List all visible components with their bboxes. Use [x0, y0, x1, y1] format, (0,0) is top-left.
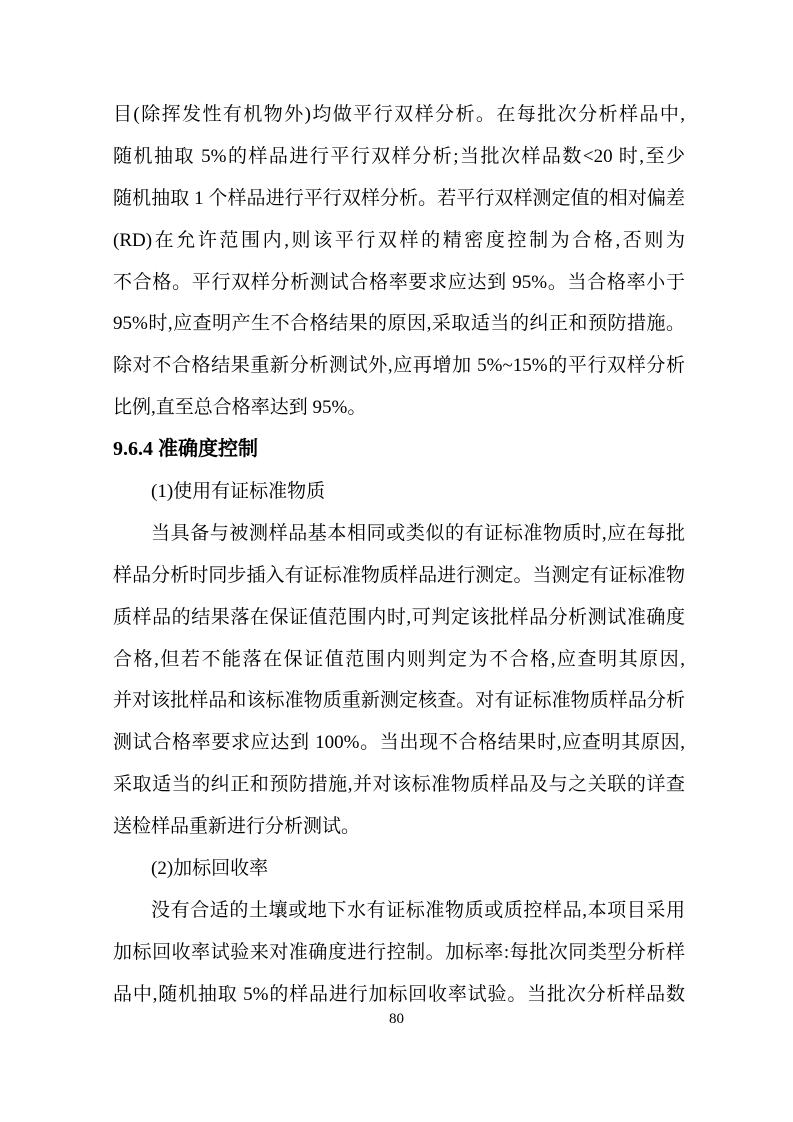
text-line: 测试合格率要求应达到 100%。当出现不合格结果时,应查明其原因,	[113, 722, 685, 764]
page-number: 80	[0, 1008, 793, 1030]
numbered-list-item: (2)加标回收率	[113, 848, 685, 890]
paragraph: 当具备与被测样品基本相同或类似的有证标准物质时,应在每批样品分析时同步插入有证标…	[113, 513, 685, 848]
text-line: 采取适当的纠正和预防措施,并对该标准物质样品及与之关联的详查	[113, 764, 685, 806]
text-line: 不合格。平行双样分析测试合格率要求应达到 95%。当合格率小于	[113, 262, 685, 304]
paragraph: 目(除挥发性有机物外)均做平行双样分析。在每批次分析样品中,随机抽取 5%的样品…	[113, 94, 685, 429]
text-line: 随机抽取 5%的样品进行平行双样分析;当批次样品数<20 时,至少	[113, 136, 685, 178]
text-line: 合格,但若不能落在保证值范围内则判定为不合格,应查明其原因,	[113, 639, 685, 681]
text-line: 当具备与被测样品基本相同或类似的有证标准物质时,应在每批	[113, 513, 685, 555]
document-page: 目(除挥发性有机物外)均做平行双样分析。在每批次分析样品中,随机抽取 5%的样品…	[0, 0, 793, 1122]
document-body-text: 目(除挥发性有机物外)均做平行双样分析。在每批次分析样品中,随机抽取 5%的样品…	[113, 94, 685, 1016]
text-line: 没有合适的土壤或地下水有证标准物质或质控样品,本项目采用	[113, 890, 685, 932]
numbered-list-item: (1)使用有证标准物质	[113, 471, 685, 513]
text-line: 加标回收率试验来对准确度进行控制。加标率:每批次同类型分析样	[113, 932, 685, 974]
text-line: 除对不合格结果重新分析测试外,应再增加 5%~15%的平行双样分析	[113, 345, 685, 387]
text-line: (RD)在允许范围内,则该平行双样的精密度控制为合格,否则为	[113, 220, 685, 262]
text-line: 并对该批样品和该标准物质重新测定核查。对有证标准物质样品分析	[113, 680, 685, 722]
text-line: 随机抽取 1 个样品进行平行双样分析。若平行双样测定值的相对偏差	[113, 178, 685, 220]
paragraph: 没有合适的土壤或地下水有证标准物质或质控样品,本项目采用加标回收率试验来对准确度…	[113, 890, 685, 1016]
text-line: 送检样品重新进行分析测试。	[113, 806, 685, 848]
text-line: 样品分析时同步插入有证标准物质样品进行测定。当测定有证标准物	[113, 555, 685, 597]
section-heading: 9.6.4 准确度控制	[113, 429, 685, 471]
text-line: 95%时,应查明产生不合格结果的原因,采取适当的纠正和预防措施。	[113, 303, 685, 345]
text-line: 目(除挥发性有机物外)均做平行双样分析。在每批次分析样品中,	[113, 94, 685, 136]
text-line: 质样品的结果落在保证值范围内时,可判定该批样品分析测试准确度	[113, 597, 685, 639]
text-line: 比例,直至总合格率达到 95%。	[113, 387, 685, 429]
